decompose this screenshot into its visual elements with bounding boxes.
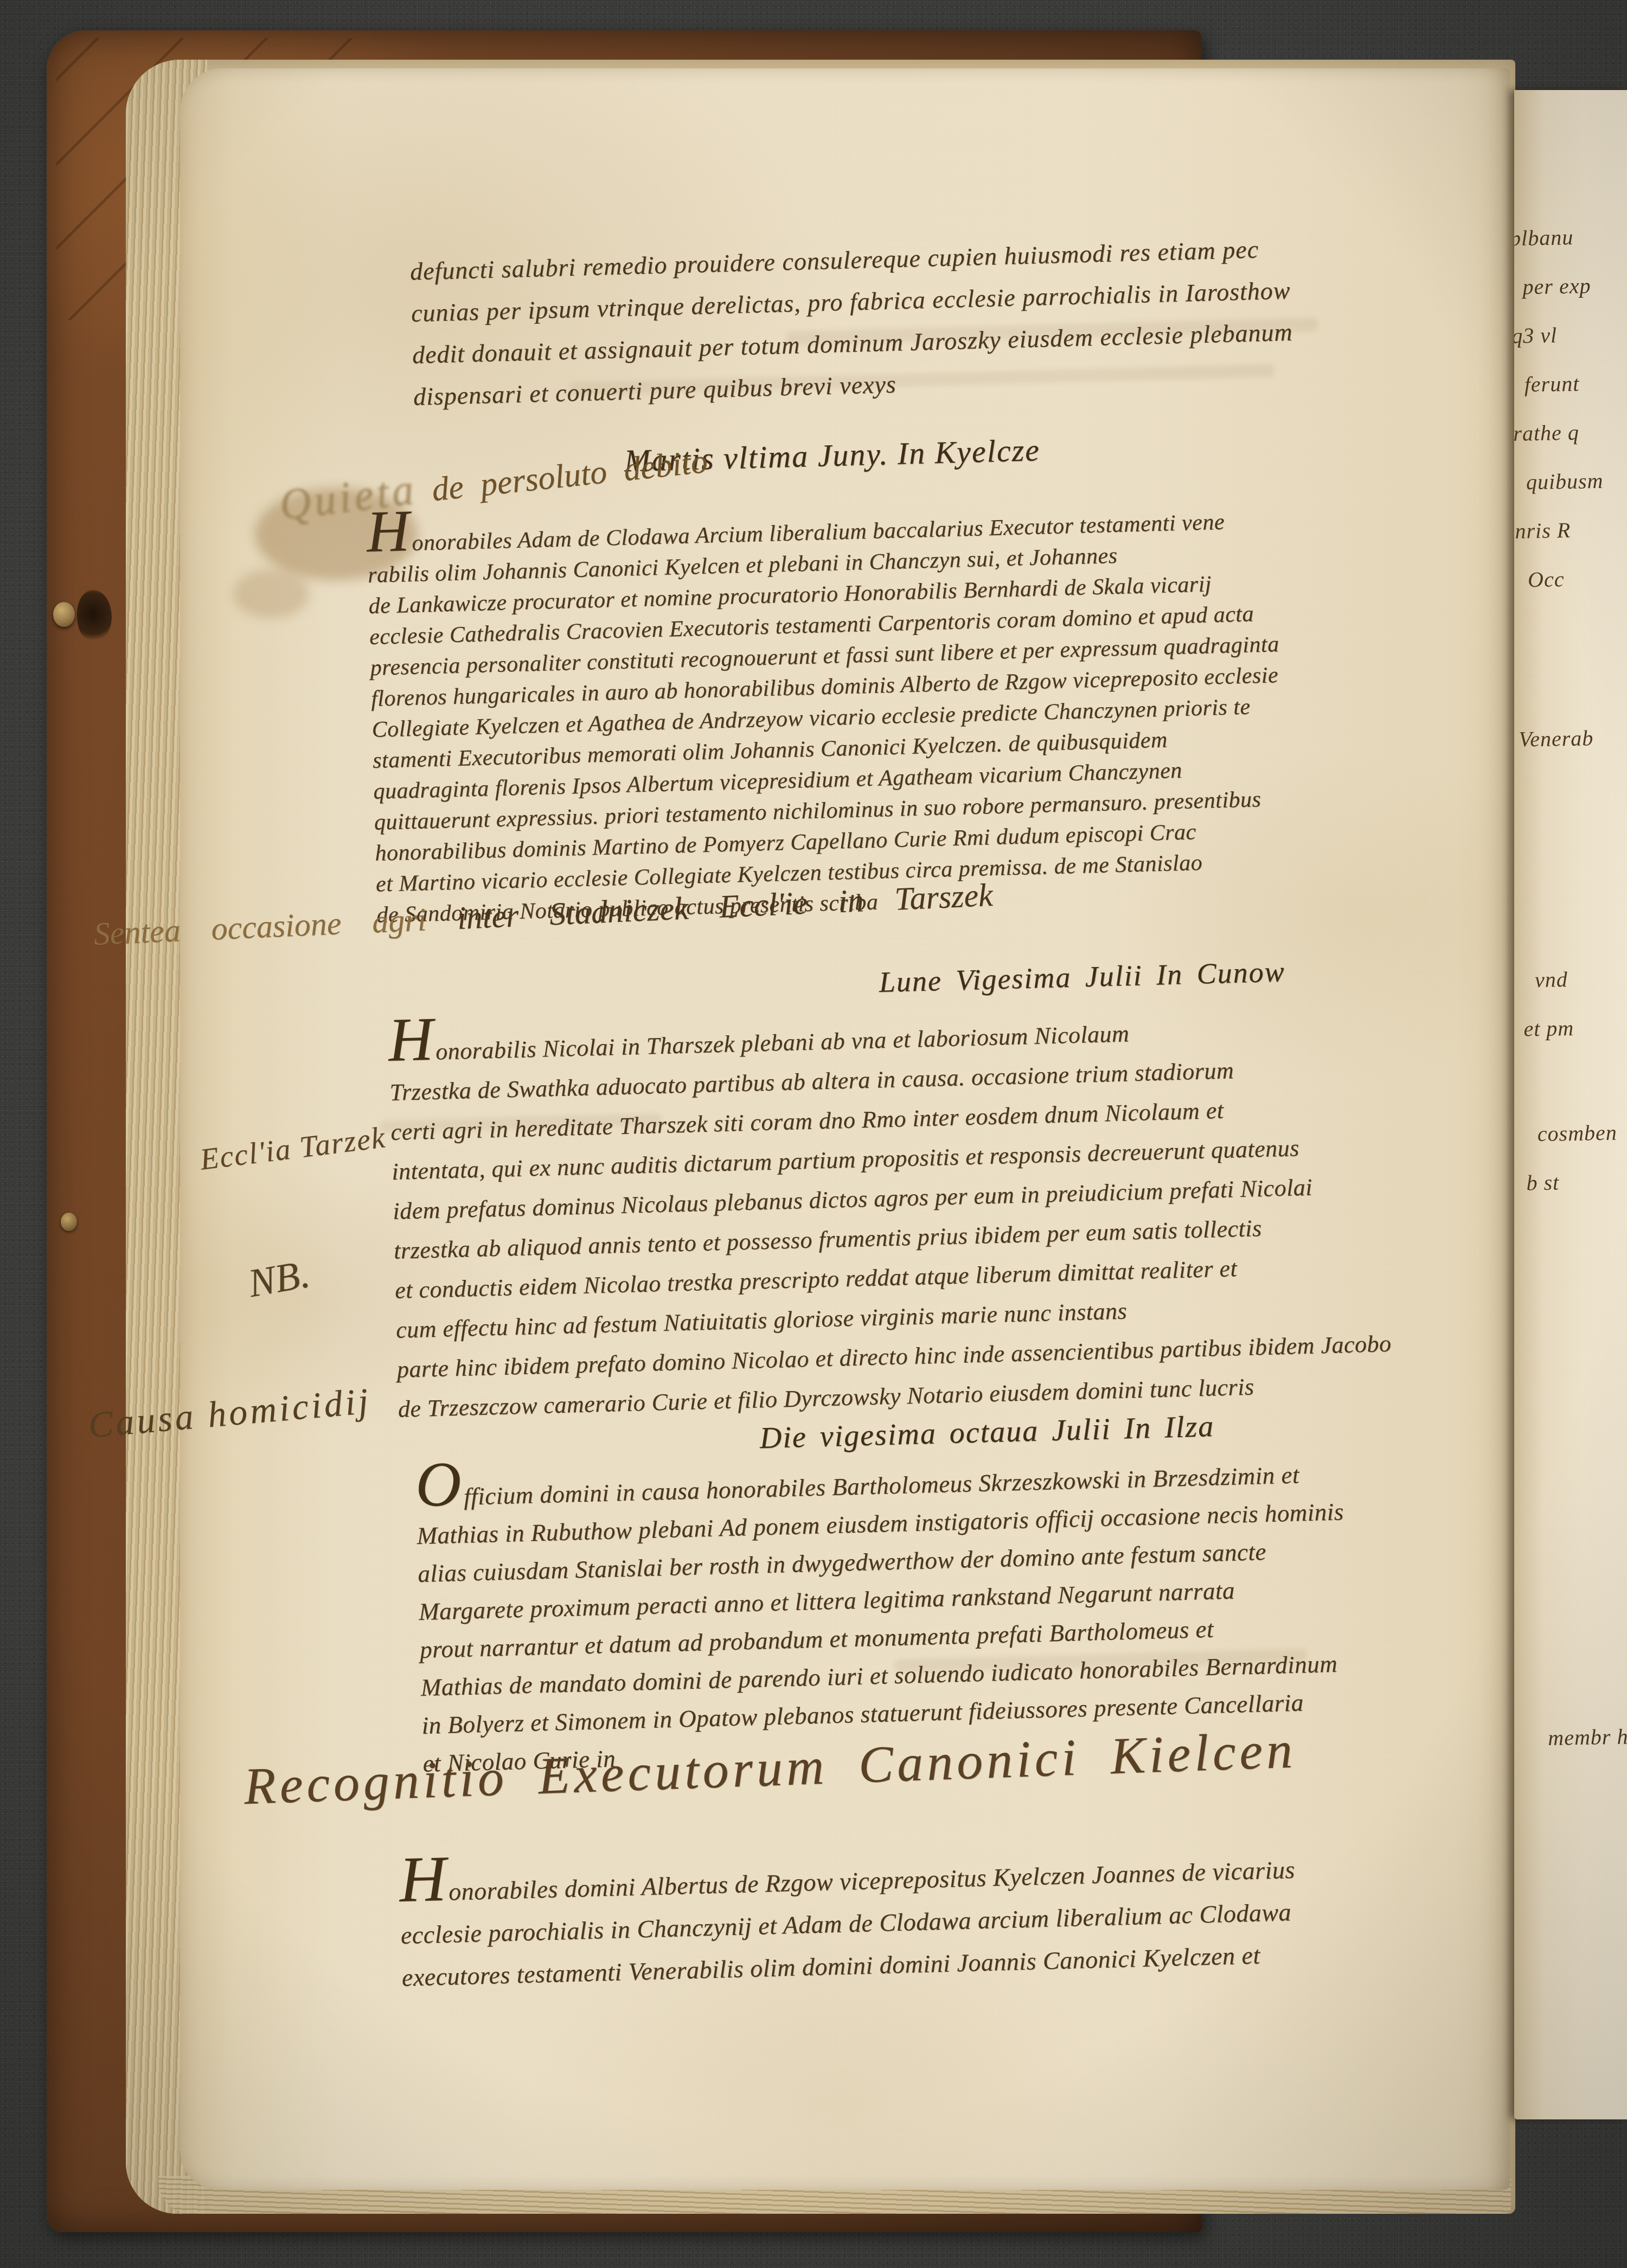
entry1-body: Honorabiles Adam de Clodawa Arcium liber… (366, 488, 1286, 931)
facing-page-line-fragments: plbanuper expq3 vlferuntrathe qquibusmnr… (1514, 90, 1627, 1751)
clasp-hole (77, 590, 112, 642)
facing-line-fragment: quibusm (1514, 469, 1619, 494)
photo-backdrop: { "scene": { "background_color": "#3a3a3… (0, 0, 1627, 2268)
ink-smudge-stain (233, 569, 309, 618)
facing-line-fragment: ferunt (1514, 371, 1618, 396)
entry2-body: Honorabilis Nicolai in Tharszek plebani … (388, 992, 1393, 1429)
facing-line-fragment: Occ (1516, 566, 1622, 592)
facing-page-sliver: plbanuper expq3 vlferuntrathe qquibusmnr… (1514, 90, 1627, 2119)
facing-line-fragment: et pm (1523, 1015, 1627, 1041)
facing-line-fragment: membr h (1536, 1725, 1627, 1750)
facing-line-fragment: Venerab (1519, 726, 1624, 751)
facing-line-fragment: cosmben (1526, 1120, 1627, 1146)
brass-clasp-stud (53, 602, 75, 627)
facing-line-fragment: q3 vl (1514, 322, 1617, 348)
continuation-paragraph: defuncti salubri remedio prouidere consu… (409, 227, 1295, 417)
entry4-body: Honorabiles domini Albertus de Rzgow vic… (399, 1834, 1298, 1999)
facing-line-fragment: per exp (1514, 273, 1616, 299)
facing-line-fragment: plbanu (1514, 225, 1615, 250)
facing-line-fragment: b st (1526, 1169, 1627, 1195)
facing-line-fragment: rathe q (1514, 420, 1619, 445)
facing-line-fragment: vnd (1523, 966, 1627, 992)
brass-clasp-stud (61, 1213, 77, 1231)
facing-line-fragment: nris R (1515, 517, 1620, 543)
